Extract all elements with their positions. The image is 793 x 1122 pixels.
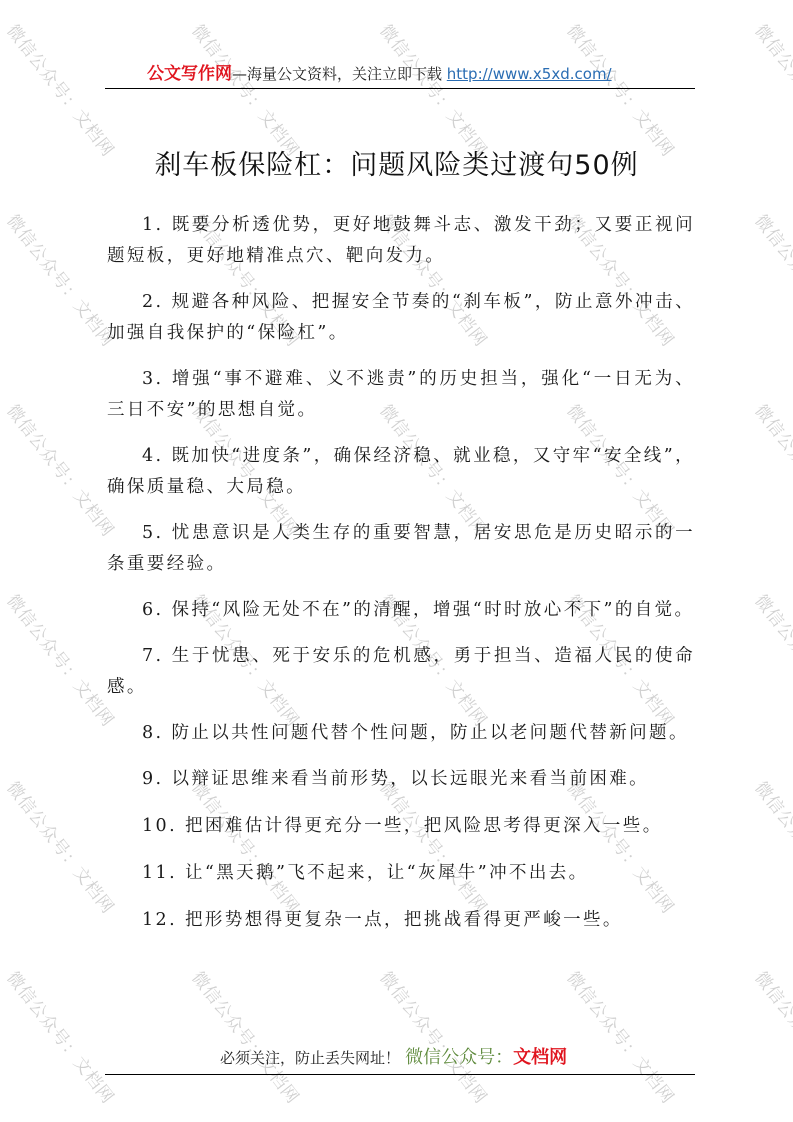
header-link[interactable]: http://www.x5xd.com/ (447, 65, 612, 83)
header-tagline: —海量公文资料，关注立即下载 (232, 65, 447, 83)
document-body: 1. 既要分析透优势，更好地鼓舞斗志、激发干劲；又要正视问题短板，更好地精准点穴… (107, 210, 695, 952)
paragraph-11: 11. 让“黑天鹅”飞不起来，让“灰犀牛”冲不出去。 (107, 858, 695, 889)
footer-note: 必须关注，防止丢失网址！ (220, 1049, 400, 1067)
paragraph-7: 7. 生于忧患、死于安乐的危机感，勇于担当、造福人民的使命感。 (107, 641, 695, 703)
page-footer: 必须关注，防止丢失网址！ 微信公众号：文档网 (105, 1040, 695, 1075)
footer-wechat-label: 微信公众号： (405, 1047, 513, 1068)
paragraph-4: 4. 既加快“进度条”，确保经济稳、就业稳，又守牢“安全线”，确保质量稳、大局稳… (107, 441, 695, 503)
header-line: 公文写作网—海量公文资料，关注立即下载 http://www.x5xd.com/ (147, 59, 612, 84)
paragraph-8: 8. 防止以共性问题代替个性问题，防止以老问题代替新问题。 (107, 718, 695, 749)
document-page: 公文写作网—海量公文资料，关注立即下载 http://www.x5xd.com/… (0, 0, 793, 1122)
footer-line: 必须关注，防止丢失网址！ 微信公众号：文档网 (220, 1043, 567, 1069)
paragraph-3: 3. 增强“事不避难、义不逃责”的历史担当，强化“一日无为、三日不安”的思想自觉… (107, 364, 695, 426)
paragraph-9: 9. 以辩证思维来看当前形势，以长远眼光来看当前困难。 (107, 764, 695, 795)
paragraph-2: 2. 规避各种风险、把握安全节奏的“刹车板”，防止意外冲击、加强自我保护的“保险… (107, 287, 695, 349)
page-header: 公文写作网—海量公文资料，关注立即下载 http://www.x5xd.com/ (105, 56, 695, 89)
paragraph-5: 5. 忧患意识是人类生存的重要智慧，居安思危是历史昭示的一条重要经验。 (107, 518, 695, 580)
footer-brand: 文档网 (513, 1047, 567, 1068)
document-title: 刹车板保险杠：问题风险类过渡句50例 (0, 143, 793, 182)
paragraph-6: 6. 保持“风险无处不在”的清醒，增强“时时放心不下”的自觉。 (107, 595, 695, 626)
paragraph-10: 10. 把困难估计得更充分一些，把风险思考得更深入一些。 (107, 811, 695, 842)
paragraph-1: 1. 既要分析透优势，更好地鼓舞斗志、激发干劲；又要正视问题短板，更好地精准点穴… (107, 210, 695, 272)
header-brand: 公文写作网 (147, 64, 232, 84)
paragraph-12: 12. 把形势想得更复杂一点，把挑战看得更严峻一些。 (107, 905, 695, 936)
